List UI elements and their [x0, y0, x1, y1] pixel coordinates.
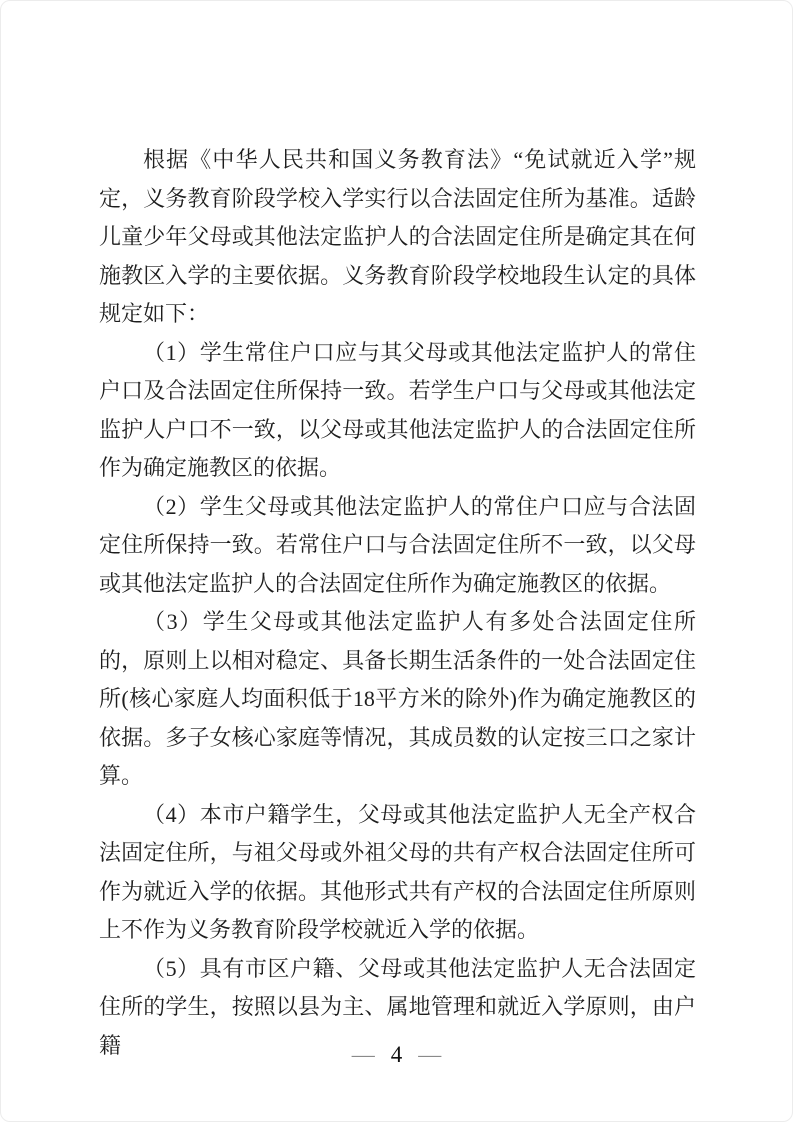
- body-paragraph-item-2: （2）学生父母或其他法定监护人的常住户口应与合法固定住所保持一致。若常住户口与合…: [99, 488, 696, 604]
- body-paragraph-intro: 根据《中华人民共和国义务教育法》“免试就近入学”规定，义务教育阶段学校入学实行以…: [99, 141, 696, 334]
- body-paragraph-item-4: （4）本市户籍学生，父母或其他法定监护人无全产权合法固定住所，与祖父母或外祖父母…: [99, 796, 696, 950]
- document-page: 根据《中华人民共和国义务教育法》“免试就近入学”规定，义务教育阶段学校入学实行以…: [0, 0, 793, 1122]
- body-paragraph-item-3: （3）学生父母或其他法定监护人有多处合法固定住所的，原则上以相对稳定、具备长期生…: [99, 603, 696, 796]
- page-footer: —4—: [1, 1041, 792, 1069]
- page-number: 4: [391, 1041, 403, 1069]
- footer-dash-right: —: [418, 1042, 441, 1067]
- document-body: 根据《中华人民共和国义务教育法》“免试就近入学”规定，义务教育阶段学校入学实行以…: [99, 141, 696, 1065]
- footer-dash-left: —: [352, 1042, 375, 1067]
- body-paragraph-item-1: （1）学生常住户口应与其父母或其他法定监护人的常住户口及合法固定住所保持一致。若…: [99, 334, 696, 488]
